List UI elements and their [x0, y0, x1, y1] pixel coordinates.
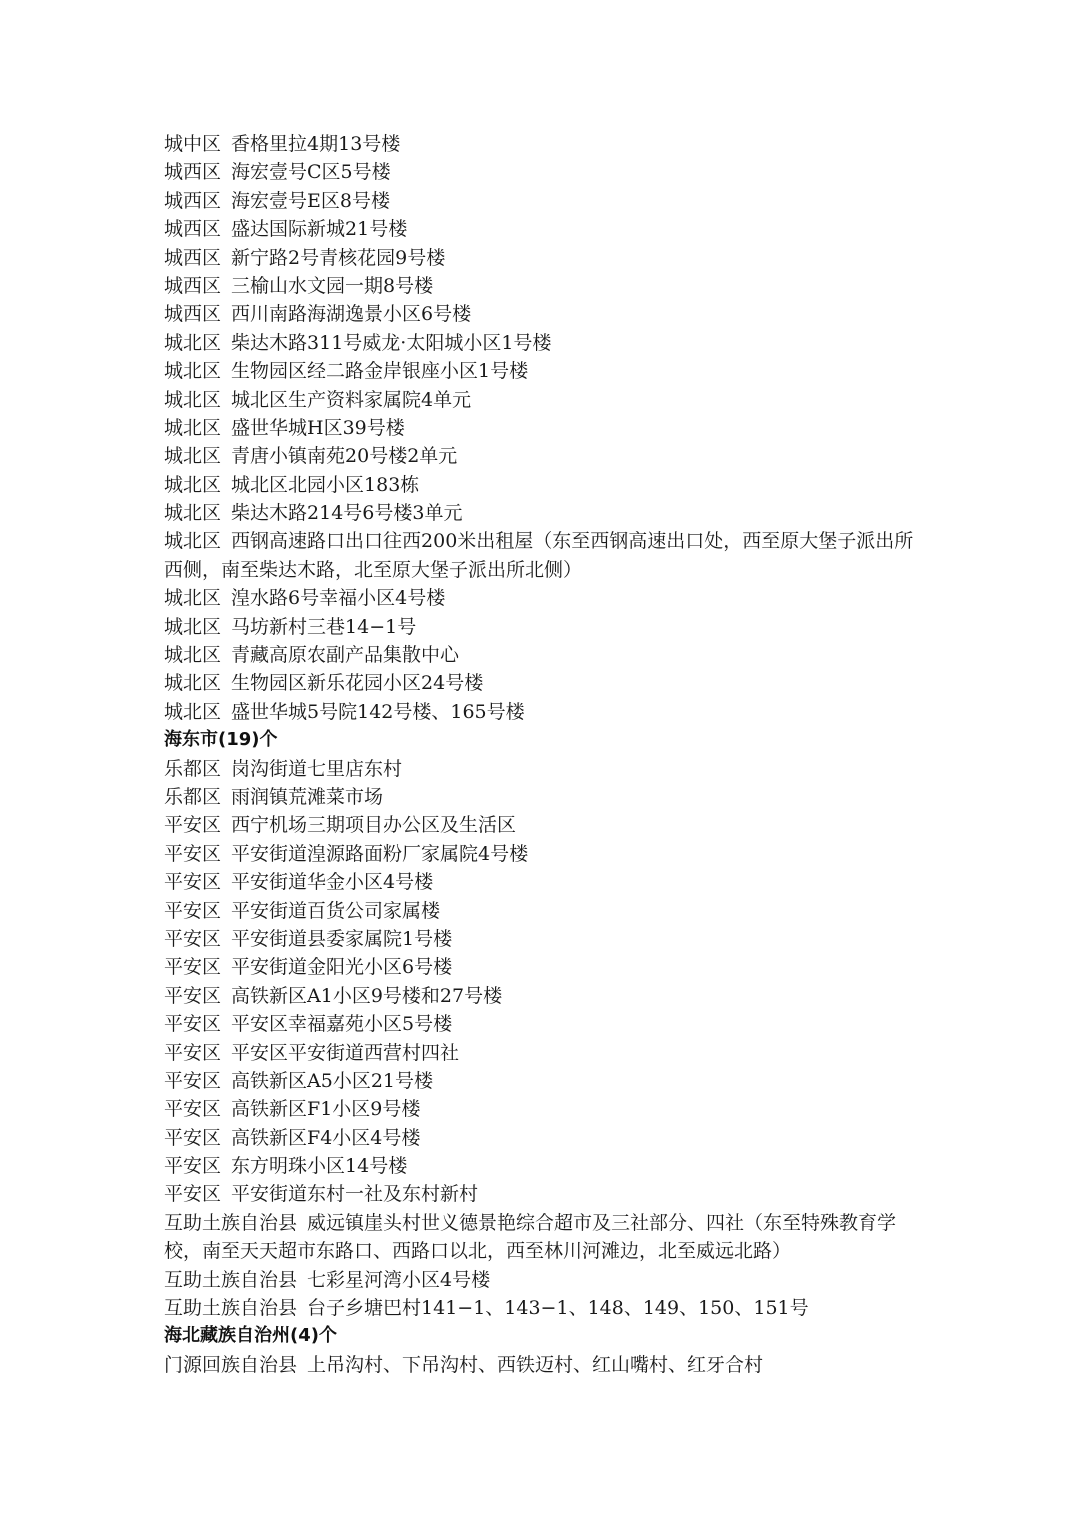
list-item: 城西区盛达国际新城21号楼	[164, 215, 924, 243]
section-haidong: 海东市(19)个 乐都区岗沟街道七里店东村 乐都区雨润镇荒滩菜市场 平安区西宁机…	[164, 726, 924, 1322]
location-text: 盛世华城5号院142号楼、165号楼	[231, 701, 525, 723]
list-item: 城西区海宏壹号E区8号楼	[164, 187, 924, 215]
list-item: 平安区平安街道湟源路面粉厂家属院4号楼	[164, 840, 924, 868]
list-item: 平安区平安街道东村一社及东村新村	[164, 1180, 924, 1208]
district-name: 城北区	[164, 641, 221, 669]
list-item: 城北区生物园区新乐花园小区24号楼	[164, 669, 924, 697]
district-name: 乐都区	[164, 783, 221, 811]
district-name: 互助土族自治县	[164, 1209, 297, 1237]
list-item: 城中区香格里拉4期13号楼	[164, 130, 924, 158]
list-item: 城北区西钢高速路口出口往西200米出租屋（东至西钢高速出口处，西至原大堡子派出所…	[164, 527, 916, 584]
location-text: 西宁机场三期项目办公区及生活区	[231, 814, 516, 836]
list-item: 城北区湟水路6号幸福小区4号楼	[164, 584, 924, 612]
district-name: 城西区	[164, 215, 221, 243]
district-name: 城西区	[164, 187, 221, 215]
section-haibei: 海北藏族自治州(4)个 门源回族自治县上吊沟村、下吊沟村、西铁迈村、红山嘴村、红…	[164, 1322, 924, 1379]
list-item: 门源回族自治县上吊沟村、下吊沟村、西铁迈村、红山嘴村、红牙合村	[164, 1351, 924, 1379]
location-text: 七彩星河湾小区4号楼	[307, 1269, 490, 1291]
list-item: 平安区高铁新区A1小区9号楼和27号楼	[164, 982, 924, 1010]
list-item: 乐都区岗沟街道七里店东村	[164, 755, 924, 783]
location-text: 三榆山水文园一期8号楼	[231, 275, 433, 297]
section-xining-continued: 城中区香格里拉4期13号楼 城西区海宏壹号C区5号楼 城西区海宏壹号E区8号楼 …	[164, 130, 924, 726]
district-name: 城北区	[164, 499, 221, 527]
location-text: 柴达木路214号6号楼3单元	[231, 502, 462, 524]
district-name: 城北区	[164, 329, 221, 357]
district-name: 城中区	[164, 130, 221, 158]
list-item: 城西区三榆山水文园一期8号楼	[164, 272, 924, 300]
location-text: 东方明珠小区14号楼	[231, 1155, 407, 1177]
location-text: 青唐小镇南苑20号楼2单元	[231, 445, 457, 467]
location-text: 香格里拉4期13号楼	[231, 133, 400, 155]
district-name: 城西区	[164, 244, 221, 272]
location-text: 城北区生产资料家属院4单元	[231, 389, 471, 411]
district-name: 平安区	[164, 953, 221, 981]
location-text: 海宏壹号E区8号楼	[231, 190, 390, 212]
list-item: 城北区盛世华城5号院142号楼、165号楼	[164, 698, 924, 726]
district-name: 平安区	[164, 1180, 221, 1208]
district-name: 互助土族自治县	[164, 1294, 297, 1322]
district-name: 城北区	[164, 669, 221, 697]
list-item: 互助土族自治县七彩星河湾小区4号楼	[164, 1266, 924, 1294]
list-item: 城北区城北区北园小区183栋	[164, 471, 924, 499]
location-text: 马坊新村三巷14−1号	[231, 616, 416, 638]
location-text: 生物园区新乐花园小区24号楼	[231, 672, 483, 694]
location-text: 西川南路海湖逸景小区6号楼	[231, 303, 471, 325]
list-item: 城北区城北区生产资料家属院4单元	[164, 386, 924, 414]
district-name: 平安区	[164, 1152, 221, 1180]
location-text: 高铁新区F1小区9号楼	[231, 1098, 420, 1120]
district-name: 平安区	[164, 811, 221, 839]
district-name: 平安区	[164, 925, 221, 953]
location-text: 新宁路2号青核花园9号楼	[231, 247, 445, 269]
district-name: 城北区	[164, 442, 221, 470]
list-item: 城西区海宏壹号C区5号楼	[164, 158, 924, 186]
district-name: 城北区	[164, 414, 221, 442]
location-text: 盛世华城H区39号楼	[231, 417, 405, 439]
location-text: 平安区幸福嘉苑小区5号楼	[231, 1013, 452, 1035]
district-name: 城北区	[164, 584, 221, 612]
list-item: 平安区平安区幸福嘉苑小区5号楼	[164, 1010, 924, 1038]
location-text: 青藏高原农副产品集散中心	[231, 644, 459, 666]
list-item: 城北区生物园区经二路金岸银座小区1号楼	[164, 357, 924, 385]
list-item: 城北区马坊新村三巷14−1号	[164, 613, 924, 641]
document-page: 城中区香格里拉4期13号楼 城西区海宏壹号C区5号楼 城西区海宏壹号E区8号楼 …	[164, 130, 924, 1379]
list-item: 城西区新宁路2号青核花园9号楼	[164, 244, 924, 272]
district-name: 门源回族自治县	[164, 1351, 297, 1379]
list-item: 平安区高铁新区F4小区4号楼	[164, 1124, 924, 1152]
list-item: 平安区西宁机场三期项目办公区及生活区	[164, 811, 924, 839]
location-text: 台子乡塘巴村141−1、143−1、148、149、150、151号	[307, 1297, 809, 1319]
district-name: 平安区	[164, 1010, 221, 1038]
location-text: 平安街道金阳光小区6号楼	[231, 956, 452, 978]
list-item: 平安区平安街道华金小区4号楼	[164, 868, 924, 896]
location-text: 上吊沟村、下吊沟村、西铁迈村、红山嘴村、红牙合村	[307, 1354, 763, 1376]
district-name: 平安区	[164, 897, 221, 925]
list-item: 平安区平安区平安街道西营村四社	[164, 1039, 924, 1067]
location-text: 盛达国际新城21号楼	[231, 218, 407, 240]
location-text: 柴达木路311号威龙·太阳城小区1号楼	[231, 332, 551, 354]
list-item: 平安区东方明珠小区14号楼	[164, 1152, 924, 1180]
list-item: 城北区柴达木路311号威龙·太阳城小区1号楼	[164, 329, 924, 357]
list-item: 乐都区雨润镇荒滩菜市场	[164, 783, 924, 811]
list-item: 城北区青唐小镇南苑20号楼2单元	[164, 442, 924, 470]
district-name: 平安区	[164, 982, 221, 1010]
location-text: 岗沟街道七里店东村	[231, 758, 402, 780]
district-name: 互助土族自治县	[164, 1266, 297, 1294]
location-text: 平安区平安街道西营村四社	[231, 1042, 459, 1064]
list-item: 平安区高铁新区A5小区21号楼	[164, 1067, 924, 1095]
district-name: 城北区	[164, 613, 221, 641]
location-text: 雨润镇荒滩菜市场	[231, 786, 383, 808]
district-name: 平安区	[164, 1095, 221, 1123]
district-name: 平安区	[164, 840, 221, 868]
list-item: 平安区高铁新区F1小区9号楼	[164, 1095, 924, 1123]
location-text: 生物园区经二路金岸银座小区1号楼	[231, 360, 528, 382]
location-text: 湟水路6号幸福小区4号楼	[231, 587, 445, 609]
location-text: 高铁新区A5小区21号楼	[231, 1070, 433, 1092]
location-text: 平安街道东村一社及东村新村	[231, 1183, 478, 1205]
district-name: 城西区	[164, 158, 221, 186]
list-item: 平安区平安街道县委家属院1号楼	[164, 925, 924, 953]
list-item: 城西区西川南路海湖逸景小区6号楼	[164, 300, 924, 328]
location-text: 高铁新区F4小区4号楼	[231, 1127, 420, 1149]
district-name: 城北区	[164, 386, 221, 414]
location-text: 平安街道百货公司家属楼	[231, 900, 440, 922]
section-heading: 海北藏族自治州(4)个	[164, 1322, 924, 1350]
list-item: 互助土族自治县台子乡塘巴村141−1、143−1、148、149、150、151…	[164, 1294, 924, 1322]
district-name: 城西区	[164, 272, 221, 300]
list-item: 互助土族自治县威远镇崖头村世义德景艳综合超市及三社部分、四社（东至特殊教育学校，…	[164, 1209, 916, 1266]
list-item: 城北区柴达木路214号6号楼3单元	[164, 499, 924, 527]
district-name: 城北区	[164, 357, 221, 385]
location-text: 平安街道湟源路面粉厂家属院4号楼	[231, 843, 528, 865]
list-item: 城北区盛世华城H区39号楼	[164, 414, 924, 442]
district-name: 平安区	[164, 1124, 221, 1152]
district-name: 平安区	[164, 868, 221, 896]
list-item: 平安区平安街道金阳光小区6号楼	[164, 953, 924, 981]
location-text: 西钢高速路口出口往西200米出租屋（东至西钢高速出口处，西至原大堡子派出所西侧，…	[164, 530, 913, 580]
district-name: 城北区	[164, 527, 221, 555]
location-text: 平安街道县委家属院1号楼	[231, 928, 452, 950]
location-text: 海宏壹号C区5号楼	[231, 161, 391, 183]
district-name: 城北区	[164, 698, 221, 726]
district-name: 城北区	[164, 471, 221, 499]
list-item: 平安区平安街道百货公司家属楼	[164, 897, 924, 925]
district-name: 城西区	[164, 300, 221, 328]
section-heading: 海东市(19)个	[164, 726, 924, 754]
district-name: 平安区	[164, 1039, 221, 1067]
district-name: 平安区	[164, 1067, 221, 1095]
location-text: 高铁新区A1小区9号楼和27号楼	[231, 985, 502, 1007]
location-text: 城北区北园小区183栋	[231, 474, 419, 496]
list-item: 城北区青藏高原农副产品集散中心	[164, 641, 924, 669]
district-name: 乐都区	[164, 755, 221, 783]
location-text: 平安街道华金小区4号楼	[231, 871, 433, 893]
